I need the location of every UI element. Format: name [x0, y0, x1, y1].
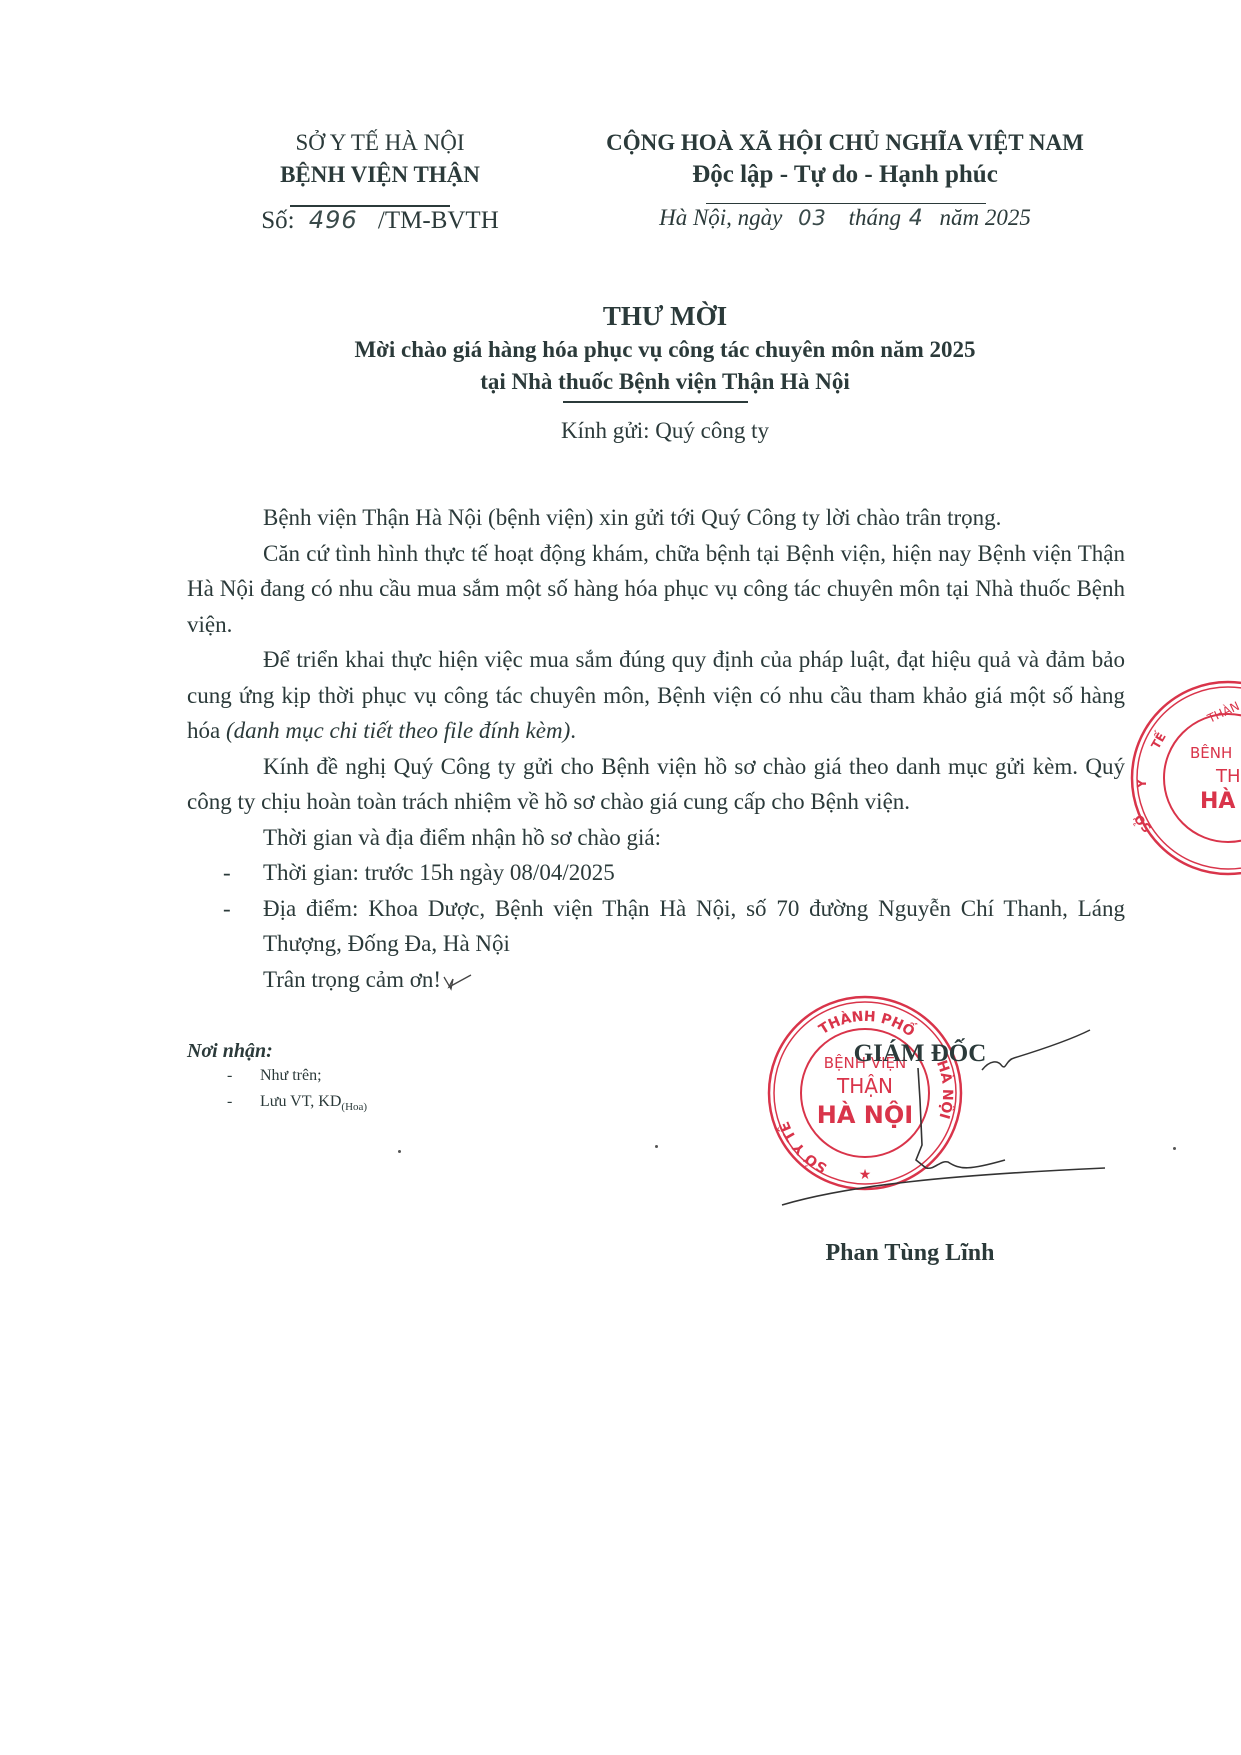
distribution-heading: Nơi nhận: — [187, 1040, 687, 1063]
distribution-item-sub: (Hoa) — [341, 1101, 367, 1113]
distribution-item: -Lưu VT, KD(Hoa) — [187, 1089, 687, 1120]
closing-text: Trân trọng cảm ơn! — [263, 967, 441, 992]
title-underline — [563, 401, 748, 403]
issuer-underline — [290, 205, 450, 207]
date-month-label: tháng — [849, 205, 901, 230]
svg-text:Y: Y — [1135, 779, 1149, 789]
svg-text:BÊNH: BÊNH — [1190, 743, 1232, 762]
bullet-time: -Thời gian: trước 15h ngày 08/04/2025 — [187, 855, 1125, 891]
paragraph-context: Căn cứ tình hình thực tế hoạt động khám,… — [187, 536, 1125, 643]
signature-icon — [770, 1010, 1110, 1210]
distribution-item-text: Lưu VT, KD — [260, 1093, 341, 1110]
item-dash: - — [227, 1089, 232, 1115]
item-dash: - — [227, 1063, 232, 1089]
motto-underline — [706, 203, 986, 204]
distribution-list: Nơi nhận: -Như trên; -Lưu VT, KD(Hoa) — [187, 1040, 687, 1120]
letter-subtitle-line2: tại Nhà thuốc Bệnh viện Thận Hà Nội — [230, 366, 1100, 398]
paragraph-submission-info: Thời gian và địa điểm nhận hồ sơ chào gi… — [187, 820, 1125, 856]
date-day-handwritten: 03 — [798, 206, 827, 230]
closing-line: Trân trọng cảm ơn! — [187, 962, 1125, 998]
letter-subtitle-line1: Mời chào giá hàng hóa phục vụ công tác c… — [230, 334, 1100, 366]
country-name: CỘNG HOÀ XÃ HỘI CHỦ NGHĨA VIỆT NAM — [585, 128, 1105, 158]
svg-text:HÀ: HÀ — [1200, 788, 1235, 814]
distribution-item-text: Như trên; — [260, 1067, 322, 1084]
attachment-note: (danh mục chi tiết theo file đính kèm) — [226, 718, 570, 743]
doc-number-label: Số: — [261, 207, 294, 234]
date-month-handwritten: 4 — [909, 206, 924, 231]
letter-title-block: THƯ MỜI Mời chào giá hàng hóa phục vụ cô… — [230, 298, 1100, 398]
paragraph-greeting: Bệnh viện Thận Hà Nội (bệnh viện) xin gử… — [187, 500, 1125, 536]
date-year: năm 2025 — [940, 205, 1031, 230]
distribution-item: -Như trên; — [187, 1063, 687, 1089]
bullet-dash: - — [223, 891, 231, 927]
svg-text:SỞ: SỞ — [1129, 811, 1154, 836]
purpose-end: . — [570, 718, 576, 743]
scan-speck — [398, 1150, 401, 1153]
bullet-location-text: Địa điểm: Khoa Dược, Bệnh viện Thận Hà N… — [263, 896, 1125, 957]
scan-speck — [1173, 1147, 1176, 1150]
bullet-dash: - — [223, 855, 231, 891]
bullet-time-text: Thời gian: trước 15h ngày 08/04/2025 — [263, 860, 615, 885]
letter-body: Bệnh viện Thận Hà Nội (bệnh viện) xin gử… — [187, 500, 1125, 997]
national-header: CỘNG HOÀ XÃ HỘI CHỦ NGHĨA VIỆT NAM Độc l… — [585, 128, 1105, 239]
svg-text:THÀN: THÀN — [1204, 698, 1241, 726]
initial-mark-icon — [441, 971, 475, 993]
edge-seal-stamp: THÀN TẾ Y SỞ BÊNH TH HÀ — [1128, 678, 1241, 878]
bullet-location: -Địa điểm: Khoa Dược, Bệnh viện Thận Hà … — [187, 891, 1125, 962]
department-name: SỞ Y TẾ HÀ NỘI — [230, 128, 530, 158]
paragraph-purpose: Để triển khai thực hiện việc mua sắm đún… — [187, 642, 1125, 749]
date-place: Hà Nội, ngày — [659, 205, 782, 230]
national-motto: Độc lập - Tự do - Hạnh phúc — [585, 158, 1105, 192]
organization-name: BỆNH VIỆN THẬN — [230, 158, 530, 192]
signatory-name: Phan Tùng Lĩnh — [760, 1240, 1060, 1267]
letter-title: THƯ MỜI — [230, 298, 1100, 334]
issuer-block: SỞ Y TẾ HÀ NỘI BỆNH VIỆN THẬN Số: 496 /T… — [230, 128, 530, 241]
salutation: Kính gửi: Quý công ty — [230, 418, 1100, 444]
date-line: Hà Nội, ngày 03 tháng 4 năm 2025 — [585, 198, 1105, 239]
paragraph-request: Kính đề nghị Quý Công ty gửi cho Bệnh vi… — [187, 749, 1125, 820]
doc-number-handwritten: 496 — [309, 206, 358, 234]
svg-text:TH: TH — [1215, 766, 1241, 787]
scan-speck — [655, 1145, 658, 1148]
doc-number-suffix: /TM-BVTH — [378, 207, 499, 234]
